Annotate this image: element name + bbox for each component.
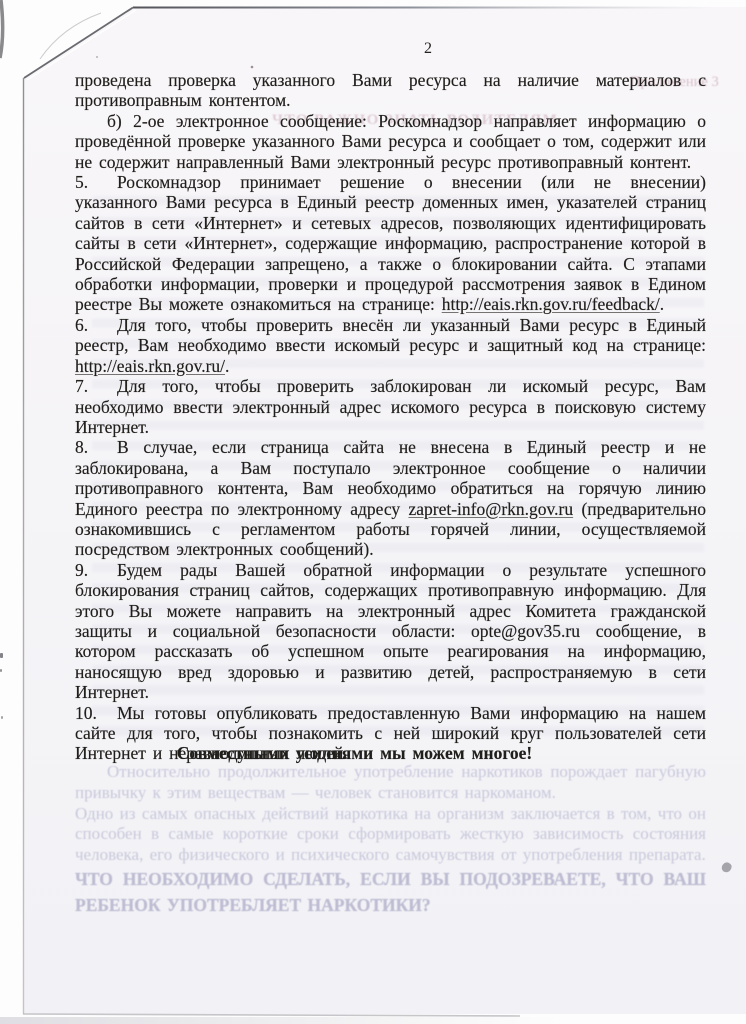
bleedthrough-bottom-block: Относительно продолжительное употреблени… [75, 762, 706, 918]
paragraph: 9.Будем рады Вашей обратной информации о… [75, 560, 706, 703]
bleedthrough-bottom-heading: ЧТО НЕОБХОДИМО СДЕЛАТЬ, ЕСЛИ ВЫ ПОДОЗРЕВ… [75, 866, 706, 918]
edge-mark [1, 716, 3, 719]
hyperlink[interactable]: http://eais.rkn.gov.ru/ [75, 356, 225, 376]
bleedthrough-paragraph: Одно из самых опасных действий наркотика… [75, 804, 706, 866]
hyperlink[interactable]: http://eais.rkn.gov.ru/feedback/ [442, 294, 660, 314]
paragraph-number: 10. [75, 703, 117, 723]
paragraph: 6.Для того, чтобы проверить внесён ли ук… [75, 315, 706, 376]
scanner-bottom-band [0, 1017, 560, 1024]
bleedthrough-paragraph: Относительно продолжительное употреблени… [75, 762, 706, 804]
paragraph: б) 2-ое электронное сообщение: Роскомнад… [75, 111, 706, 172]
paragraph-number: 8. [75, 437, 117, 457]
paragraph-number: 5. [75, 172, 117, 192]
paragraph: 8.В случае, если страница сайта не внесе… [75, 437, 706, 559]
scan-edge-sliver [0, 0, 3, 58]
paragraph-number: 6. [75, 315, 117, 335]
scanned-page-background: Приложение 3 ЧТО ВАЖНО ЗНАТЬ РОДИТЕЛЯМ О… [0, 0, 746, 1024]
edge-mark [0, 669, 2, 672]
hyperlink[interactable]: zapret-info@rkn.gov.ru [408, 499, 573, 519]
edge-mark [0, 653, 3, 658]
page-bottom-edge [23, 1014, 520, 1016]
closing-slogan: Совместными усилиями мы можем многое! [75, 743, 706, 763]
paragraph-number: 9. [75, 560, 117, 580]
page-number: 2 [408, 40, 448, 58]
paragraph-number: 7. [75, 376, 117, 396]
paragraph: 7.Для того, чтобы проверить заблокирован… [75, 376, 706, 437]
closing-line-wrap: Совместными усилиями мы можем многое! [75, 743, 706, 763]
document-body: проведена проверка указанного Вами ресур… [75, 70, 706, 764]
paragraph: проведена проверка указанного Вами ресур… [75, 70, 706, 111]
paragraph: 5.Роскомнадзор принимает решение о внесе… [75, 172, 706, 315]
